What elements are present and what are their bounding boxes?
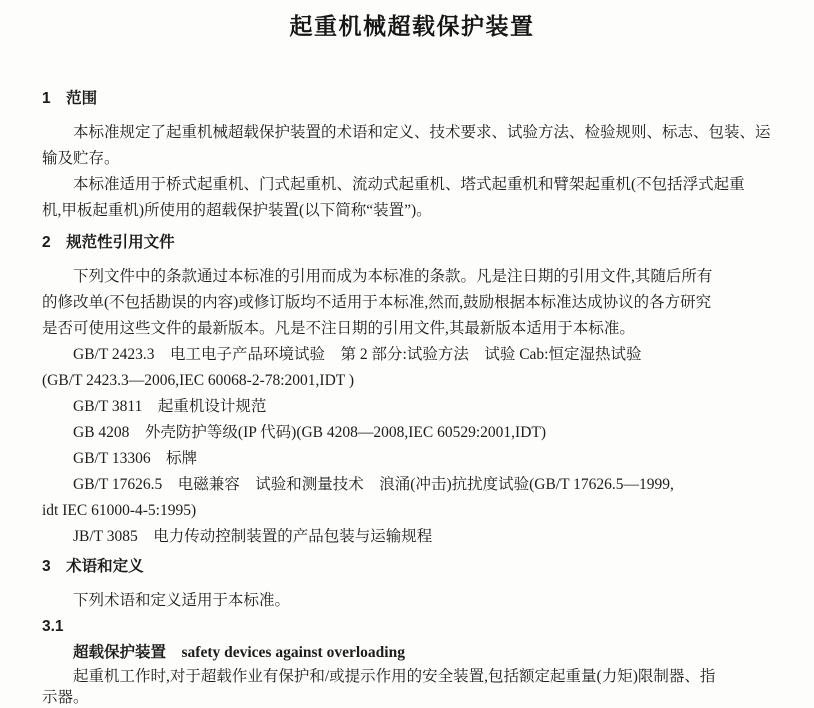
document-title: 起重机械超载保护装置 bbox=[42, 10, 782, 42]
reference-item: GB/T 2423.3 电工电子产品环境试验 第 2 部分:试验方法 试验 Ca… bbox=[42, 342, 782, 394]
standard-document-page: 起重机械超载保护装置 1 范围 本标准规定了起重机械超载保护装置的术语和定义、技… bbox=[0, 0, 814, 708]
references-intro: 下列文件中的条款通过本标准的引用而成为本标准的条款。凡是注日期的引用文件,其随后… bbox=[42, 264, 782, 342]
scope-paragraph-1: 本标准规定了起重机械超载保护装置的术语和定义、技术要求、试验方法、检验规则、标志… bbox=[42, 120, 782, 172]
reference-item: GB/T 13306 标牌 bbox=[42, 446, 782, 472]
section-3-heading: 3 术语和定义 bbox=[42, 556, 782, 578]
reference-item: GB/T 3811 起重机设计规范 bbox=[42, 394, 782, 420]
reference-item: JB/T 3085 电力传动控制装置的产品包装与运输规程 bbox=[42, 524, 782, 550]
clause-number: 3.1 bbox=[42, 614, 782, 640]
term-heading: 超载保护装置 safety devices against overloadin… bbox=[42, 640, 782, 666]
section-2-heading: 2 规范性引用文件 bbox=[42, 232, 782, 254]
terms-intro: 下列术语和定义适用于本标准。 bbox=[42, 588, 782, 614]
term-definition: 起重机工作时,对于超载作业有保护和/或提示作用的安全装置,包括额定起重量(力矩)… bbox=[42, 666, 782, 708]
reference-item: GB 4208 外壳防护等级(IP 代码)(GB 4208—2008,IEC 6… bbox=[42, 420, 782, 446]
section-1-heading: 1 范围 bbox=[42, 88, 782, 110]
reference-item: GB/T 17626.5 电磁兼容 试验和测量技术 浪涌(冲击)抗扰度试验(GB… bbox=[42, 472, 782, 524]
scope-paragraph-2: 本标准适用于桥式起重机、门式起重机、流动式起重机、塔式起重机和臂架起重机(不包括… bbox=[42, 172, 782, 224]
